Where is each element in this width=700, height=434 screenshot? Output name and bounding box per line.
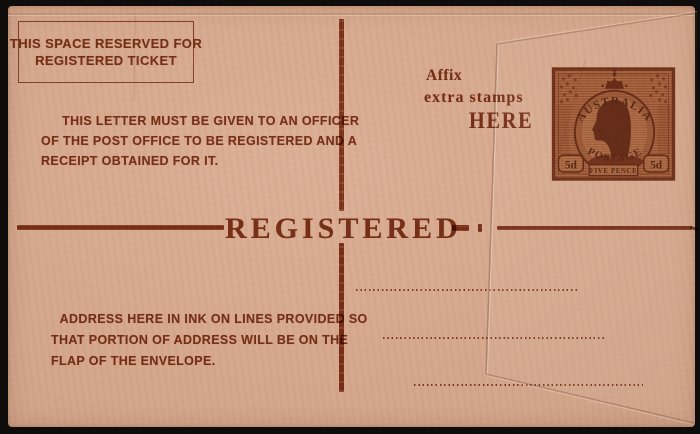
affix-notice-line2: extra stamps [424,89,524,107]
center-vertical-rule-top [339,19,344,211]
address-notice-line2: THAT PORTION OF ADDRESS WILL BE ON THE [51,329,368,350]
officer-notice-line1: THIS LETTER MUST BE GIVEN TO AN OFFICER [41,111,359,131]
registered-ticket-box: THIS SPACE RESERVED FOR REGISTERED TICKE… [18,21,194,83]
address-dotted-line-2 [383,337,606,339]
registered-rule-right [497,226,692,230]
officer-notice-line2: OF THE POST OFFICE TO BE REGISTERED AND … [41,131,359,151]
registered-rule-tick [478,224,482,232]
kangaroo-ornament [557,105,570,155]
officer-notice: THIS LETTER MUST BE GIVEN TO AN OFFICER … [41,111,373,171]
reserved-box-line2: REGISTERED TICKET [35,54,177,68]
officer-notice-line3: RECEIPT OBTAINED FOR IT. [41,151,359,171]
stamp-denomination: FIVE PENCE [590,168,638,175]
address-dotted-line-3 [414,384,643,386]
postage-stamp-imprint: AUSTRALIA POSTAGE 5d 5d FIVE PENCE [551,67,676,181]
stamp-value-left: 5d [565,160,578,172]
registered-rule-left [17,225,224,230]
registered-rule-end-tick [690,226,699,231]
reserved-box-line1: THIS SPACE RESERVED FOR [10,37,202,51]
address-notice: ADDRESS HERE IN INK ON LINES PROVIDED SO… [51,308,381,371]
address-notice-line1: ADDRESS HERE IN INK ON LINES PROVIDED SO [51,308,368,329]
scan-background: THIS SPACE RESERVED FOR REGISTERED TICKE… [0,0,700,434]
registered-heading: REGISTERED [225,216,462,242]
emu-ornament [658,105,671,155]
address-dotted-line-1 [356,289,577,291]
stamp-value-right: 5d [650,160,663,172]
registered-envelope: THIS SPACE RESERVED FOR REGISTERED TICKE… [8,6,695,427]
affix-notice-line3: HERE [469,108,533,134]
affix-notice-line1: Affix [426,67,462,85]
address-notice-line3: FLAP OF THE ENVELOPE. [51,350,368,371]
